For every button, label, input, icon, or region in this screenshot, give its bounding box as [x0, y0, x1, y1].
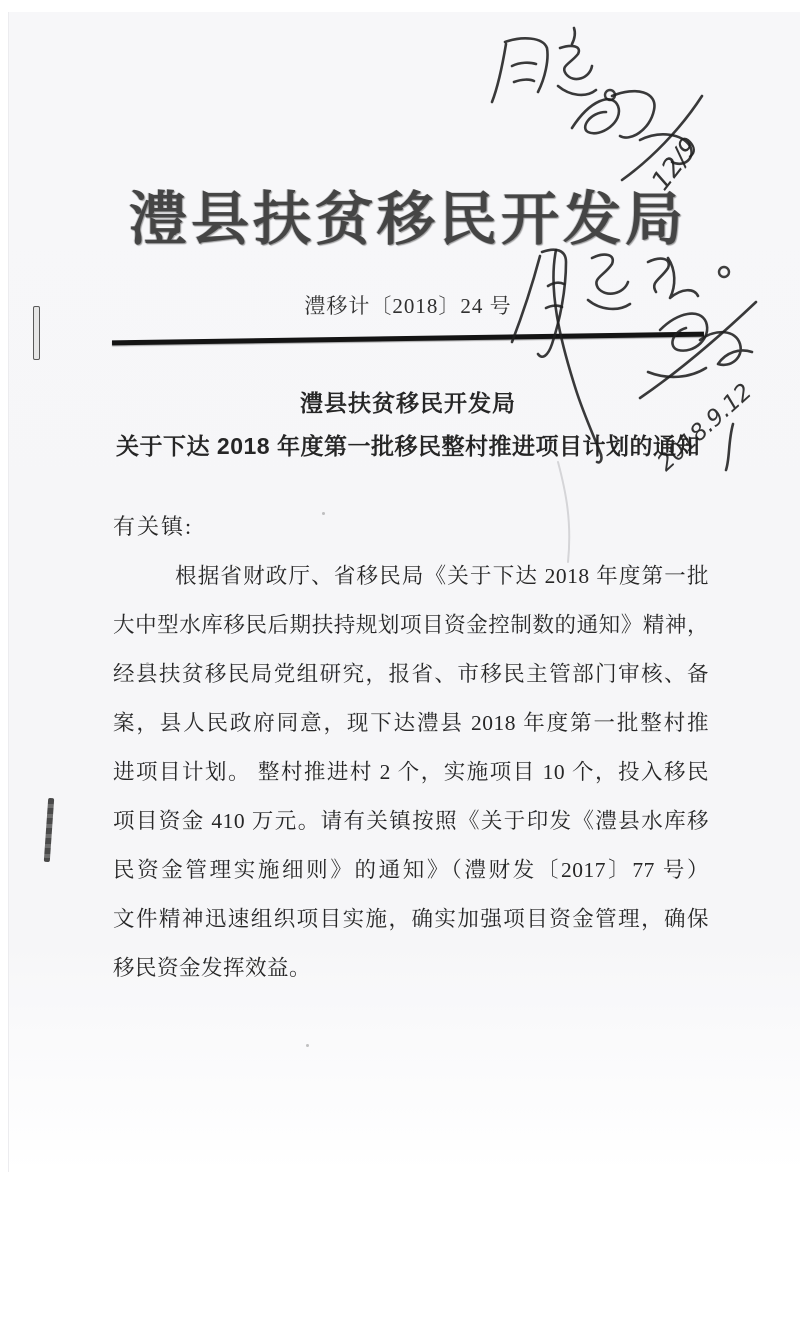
- body-paragraph-line: 文件精神迅速组织项目实施，确实加强项目资金管理，确保: [113, 895, 709, 944]
- scanned-document-page: 澧县扶贫移民开发局 澧移计〔2018〕24 号 澧县扶贫移民开发局 关于下达 2…: [0, 0, 800, 1318]
- notice-title-subject: 关于下达 2018 年度第一批移民整村推进项目计划的通知: [104, 426, 712, 466]
- notice-title-agency: 澧县扶贫移民开发局: [104, 386, 712, 420]
- body-paragraph-line: 民资金管理实施细则》的通知》（澧财发〔2017〕77 号）: [113, 846, 709, 895]
- body-paragraph: 根据省财政厅、省移民局《关于下达 2018 年度第一批大中型水库移民后期扶持规划…: [113, 552, 709, 993]
- scan-speck: [306, 1044, 309, 1047]
- scan-speck: [146, 662, 149, 666]
- notice-title-block: 澧县扶贫移民开发局 关于下达 2018 年度第一批移民整村推进项目计划的通知: [104, 386, 712, 466]
- document-reference-number: 澧移计〔2018〕24 号: [110, 290, 706, 322]
- body-paragraph-line: 项目资金 410 万元。请有关镇按照《关于印发《澧县水库移: [113, 797, 709, 846]
- body-paragraph-line: 大中型水库移民后期扶持规划项目资金控制数的通知》精神，: [113, 601, 709, 650]
- agency-letterhead-title: 澧县扶贫移民开发局: [110, 172, 706, 268]
- body-paragraph-line: 根据省财政厅、省移民局《关于下达 2018 年度第一批: [113, 552, 709, 601]
- body-paragraph-line: 进项目计划。 整村推进村 2 个，实施项目 10 个，投入移民: [113, 748, 709, 797]
- staple-mark-top: [33, 306, 40, 360]
- salutation: 有关镇:: [113, 510, 193, 541]
- body-paragraph-line: 经县扶贫移民局党组研究，报省、市移民主管部门审核、备: [113, 650, 709, 699]
- body-paragraph-line: 案，县人民政府同意，现下达澧县 2018 年度第一批整村推: [113, 699, 709, 748]
- body-paragraph-line: 移民资金发挥效益。: [113, 944, 709, 993]
- scan-speck: [322, 512, 325, 515]
